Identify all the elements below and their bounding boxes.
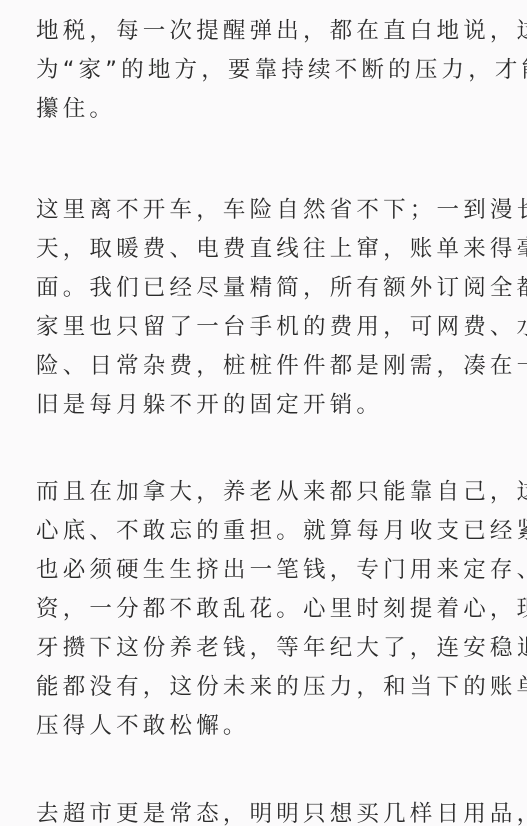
text-line: 险、日常杂费，桩桩件件都是刚需，凑在一起，依 — [36, 347, 527, 386]
text-line: 这里离不开车，车险自然省不下；一到漫长的冬 — [36, 191, 527, 230]
text-line: 也必须硬生生挤出一笔钱，专门用来定存、做投 — [36, 551, 527, 590]
text-line: 压得人不敢松懈。 — [36, 707, 527, 746]
text-line: 攥住。 — [36, 90, 527, 129]
paragraph-supermarket: 去超市更是常态，明明只想买几样日用品，没挑零 — [36, 795, 527, 826]
text-line: 去超市更是常态，明明只想买几样日用品，没挑零 — [36, 795, 527, 826]
text-line: 为“家”的地方，要靠持续不断的压力，才能稳稳 — [36, 51, 527, 90]
text-line: 能都没有，这份未来的压力，和当下的账单一样， — [36, 668, 527, 707]
text-line: 家里也只留了一台手机的费用，可网费、水电、车 — [36, 308, 527, 347]
text-line: 天，取暖费、电费直线往上窜，账单来得毫无情 — [36, 230, 527, 269]
paragraph-fixed-expenses: 这里离不开车，车险自然省不下；一到漫长的冬 天，取暖费、电费直线往上窜，账单来得… — [36, 191, 527, 425]
paragraph-retirement-savings: 而且在加拿大，养老从来都只能靠自己，这是藏在 心底、不敢忘的重担。就算每月收支已… — [36, 473, 527, 746]
text-line: 地税，每一次提醒弹出，都在直白地说，这个称之 — [36, 12, 527, 51]
text-line: 心底、不敢忘的重担。就算每月收支已经紧巴巴， — [36, 512, 527, 551]
text-line: 资，一分都不敢乱花。心里时刻提着心，现在不咬 — [36, 590, 527, 629]
paragraph-property-tax: 地税，每一次提醒弹出，都在直白地说，这个称之 为“家”的地方，要靠持续不断的压力… — [36, 12, 527, 129]
text-line: 旧是每月躲不开的固定开销。 — [36, 386, 527, 425]
text-line: 而且在加拿大，养老从来都只能靠自己，这是藏在 — [36, 473, 527, 512]
text-line: 面。我们已经尽量精简，所有额外订阅全都取消， — [36, 269, 527, 308]
text-line: 牙攒下这份养老钱，等年纪大了，连安稳退休的可 — [36, 629, 527, 668]
